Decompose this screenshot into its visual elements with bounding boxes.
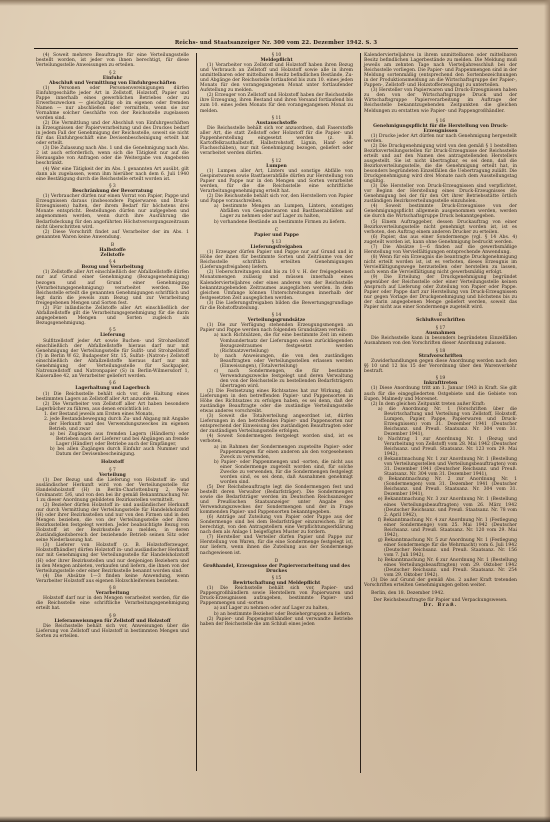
paragraph: (2) Die Druckgenehmigung wird von den ge… [364, 144, 517, 184]
paragraph: Die Reichsstelle behält sich vor, Anweis… [36, 624, 189, 639]
paragraph: (1) Die zur Verfügung stehenden Erzeugun… [200, 323, 353, 333]
list-item: d) Bekanntmachung Nr. 2 zur Anordnung Nr… [378, 477, 517, 497]
paragraph: (2) Bezieher dürfen Holzstoff in- und au… [36, 503, 189, 543]
paragraph: Holzstoff darf nur in den Mengen verarbe… [36, 596, 189, 611]
list-item: a) bestimmte Mengen an Lumpen, Linters, … [214, 204, 353, 219]
list-item: c) Bekanntmachung Nr. 1 zur Anordnung Nr… [378, 457, 517, 477]
list-item: c) nach Sondermengen, die für bestimmte … [214, 369, 353, 389]
paragraph: (3) Soweit die Totalverteilung angeordne… [200, 414, 353, 434]
column-divider [196, 53, 197, 771]
paragraph: (5) Einem Auftraggeber, dessen Druckauft… [364, 220, 517, 235]
list-item: a) im Rahmen der Sondermengen zugeteilte… [214, 445, 353, 460]
paragraph: (6) Anträge auf Zuteilung von Papier ode… [200, 515, 353, 535]
paragraph: (2) Papier- und Pappengroßhändler und ve… [200, 617, 353, 627]
paragraph: (3) Die Hersteller von Druck-Erzeugnisse… [364, 184, 517, 204]
column-left: (4) Soweit mehrere Beauftragte für eine … [36, 53, 189, 639]
paragraph: (7) Hersteller und Verteiler dürfen Papi… [200, 535, 353, 555]
paragraph: (2) Ueberschreitungen sind bis zu 10 v. … [200, 270, 353, 300]
paragraph: (4) Die Absätze 1—3 finden keine Anwendu… [36, 574, 189, 584]
running-head: Reichs- und Staatsanzeiger Nr. 300 vom 2… [34, 40, 518, 46]
section-title: Genehmigungspflicht für die Herstellung … [364, 124, 517, 134]
list-item: f) Bekanntmachung Nr. 4 zur Anordnung Nr… [378, 518, 517, 538]
paragraph: (1) Drucke jeder Art dürfen nur nach Gen… [364, 134, 517, 144]
paragraph: (1) Diese Anordnung tritt am 1. Januar 1… [364, 386, 517, 401]
paragraph: (1) Erzeuger dürfen Papier und Pappe nur… [200, 250, 353, 270]
paragraph: Zuwiderhandlungen gegen diese Anordnung … [364, 359, 517, 374]
paragraph: Die Reichsstelle behält sich vor anzuord… [200, 126, 353, 156]
paragraph: Kalendervierteljahres in ihrem unmittelb… [364, 53, 517, 88]
list-item: a) bei Zugängen aus fremden Lagern (Händ… [50, 432, 189, 447]
paragraph: (1) Zellstoffe aller Art einschließlich … [36, 270, 189, 305]
paragraph: (4) Soweit Sondermengen festgelegt worde… [200, 434, 353, 444]
page-edge-right [544, 0, 550, 822]
page-edge-top [0, 0, 550, 6]
paragraph: (4) Soweit bestimmte Druck-Erzeugnisse v… [364, 204, 517, 219]
list-item: h) Bekanntmachung Nr. 6 zur Anordnung Nr… [378, 558, 517, 578]
paragraph: Sulfitzellstoff jeder Art sowie Buchen- … [36, 339, 189, 379]
list-item: b) Nachtrag 1 zur Anordnung Nr. 1 (Bezug… [378, 437, 517, 457]
paragraph: (2) Die Vermittlung und der Abschluß von… [36, 121, 189, 146]
part-title: Schlußvorschriften [364, 318, 517, 323]
newspaper-page: Reichs- und Staatsanzeiger Nr. 300 vom 2… [0, 0, 550, 822]
paragraph: (1) Verbraucher dürfen nur einen Vorrat … [36, 194, 189, 229]
paragraph: Die Reichsstelle kann in besonders begrü… [364, 336, 517, 346]
list-item: b) vorhandene Bestände an bestimmte Firm… [214, 220, 353, 225]
paragraph: (1) Personen oder Personenvereinigungen … [36, 86, 189, 121]
paragraph: (3) Die auf Grund der gemäß Abs. 2 außer… [364, 578, 517, 588]
lettered-list: a) bestimmte Mengen an Lumpen, Linters, … [200, 204, 353, 224]
part-title: Holzstoff [36, 460, 189, 465]
paragraph: (1) Die Reichsstelle behält sich vor, di… [36, 392, 189, 402]
column-right: Kalendervierteljahres in ihrem unmittelb… [364, 53, 517, 608]
part-subtitle: Zellstoffe [36, 253, 189, 258]
page-edge-bottom [0, 816, 550, 822]
paragraph: (4) Soweit mehrere Beauftragte für eine … [36, 53, 189, 68]
part-title: Papier und Pappe [200, 233, 353, 238]
paragraph: (8) Wenn für ein Erzeugnis die beantragt… [364, 255, 517, 275]
list-item: b) bei allen Zugängen durch Einfuhr auch… [50, 447, 189, 457]
paragraph: (5) Der Reichsbeauftragte legt die Sonde… [200, 485, 353, 515]
lettered-list: a) bei Zugängen aus fremden Lagern (Händ… [36, 432, 189, 457]
list-item: g) Bekanntmachung Nr. 5 zur Anordnung Nr… [378, 538, 517, 558]
paragraph: (2) Die Festsetzung eines Richtsatzes ha… [200, 389, 353, 414]
paragraph: (2) Die Reichsstelle behält sich vor, de… [200, 194, 353, 204]
paragraph: (3) Die Zulassung nach Abs. 1 und die Ge… [36, 146, 189, 166]
paragraph: (7) Die Absätze 1—6 finden auf die gewer… [364, 245, 517, 255]
paragraph: (1) Lumpen aller Art, Linters und sonsti… [200, 169, 353, 194]
list-item: a) nach Richtsätzen, die für eine bestim… [214, 333, 353, 353]
paragraph: (6) Papier, das aus einer Sondermenge (v… [364, 235, 517, 245]
lettered-list: a) die Anordnung Nr. 1 (Vorschriften übe… [364, 407, 517, 579]
paragraph: (1) Die Reichsstelle behält sich vor, Pa… [200, 586, 353, 606]
header-rule [34, 48, 518, 49]
numbered-list: 1. der Bestand jeweils am Ersten eines M… [36, 412, 189, 432]
signature-place-date: Berlin, den 18. Dezember 1942. [364, 591, 517, 596]
list-item: a) die Anordnung Nr. 1 (Vorschriften übe… [378, 407, 517, 437]
column-divider [360, 53, 361, 773]
lettered-list: a) im Rahmen der Sondermengen zugeteilte… [200, 445, 353, 485]
paragraph: (2) Die Verarbeiter von Zellstoff aller … [36, 402, 189, 412]
list-item: 2. jede Bestandsbewegung durch Zu- und A… [44, 417, 189, 432]
paragraph: (3) Die Lieferungsfreigaben bilden die B… [200, 301, 353, 311]
column-middle: § 10 Meldepflicht (1) Verarbeiter von Ze… [200, 53, 353, 627]
paragraph: (9) Die Erteilung der Druckgenehmigung b… [364, 275, 517, 310]
part-title: Großhandel, Erzeugnisse der Papierverarb… [200, 564, 353, 574]
paragraph: (2) Erzeuger von Zellstoff und Holzstoff… [200, 93, 353, 113]
paragraph: (1) Verarbeiter von Zellstoff und Holzst… [200, 63, 353, 93]
signature-name: Dr. Braß. [364, 603, 517, 608]
paragraph: (2) Diese Vorschrift findet auf Verarbei… [36, 230, 189, 240]
paragraph: (4) Wer eine Tätigkeit der im Abs. 1 gen… [36, 167, 189, 182]
list-item: b) an bestimmte Bezieher oder Beziehergr… [214, 612, 353, 617]
paragraph: (3) Lieferer von Holzstoff (z. B. Holzst… [36, 543, 189, 573]
paragraph: (2) Für inländische Zellstoffe aller Art… [36, 306, 189, 326]
list-item: b) nach Anweisungen, die von den zuständ… [214, 354, 353, 369]
list-item: b) Papier- oder Pappenmengen und -sorten… [214, 460, 353, 485]
list-item: e) Bekanntmachung Nr. 3 zur Anordnung Nr… [378, 497, 517, 517]
paragraph: (1) Der Bezug und die Lieferung von Holz… [36, 478, 189, 503]
lettered-list: a) auf Lager zu nehmen oder auf Lager zu… [200, 606, 353, 616]
paragraph: (3) Hersteller von Papierwaren und Druck… [364, 88, 517, 113]
lettered-list: a) nach Richtsätzen, die für eine bestim… [200, 333, 353, 389]
